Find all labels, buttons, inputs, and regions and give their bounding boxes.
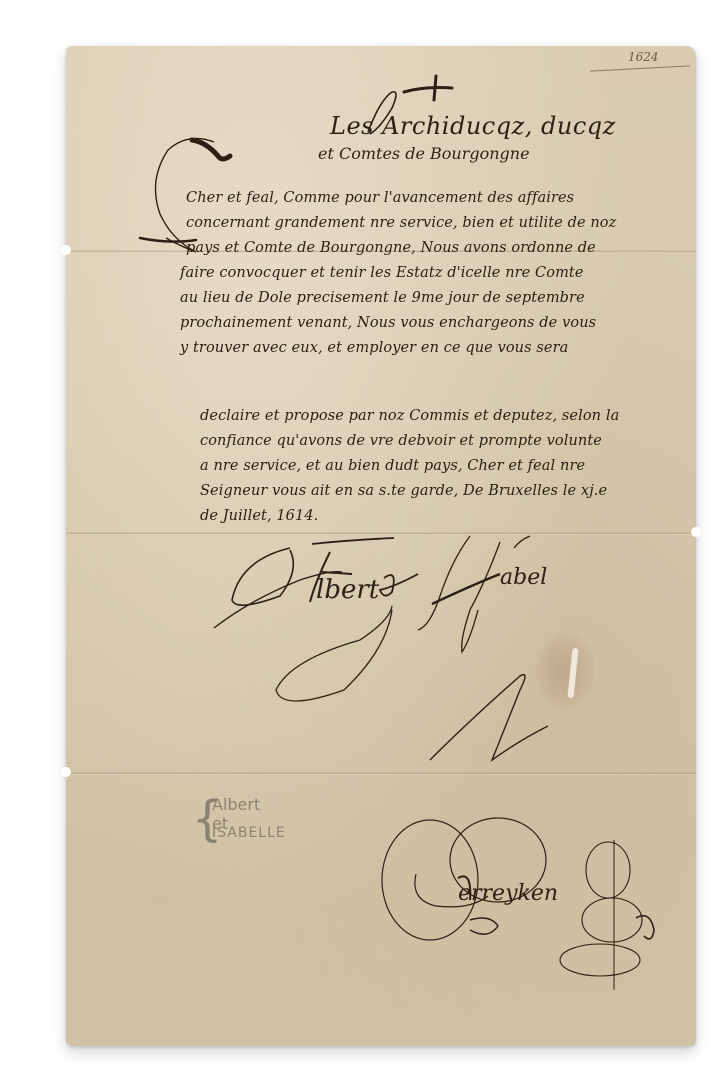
body-line: Seigneur vous ait en sa s.te garde, De B… xyxy=(200,483,607,499)
body-line: faire convocquer et tenir les Estatz d'i… xyxy=(180,265,584,281)
heading-line-1: Les Archiducqz, ducqz xyxy=(330,112,616,140)
fold-line xyxy=(66,532,696,535)
body-line: concernant grandement nre service, bien … xyxy=(186,215,616,231)
body-line: a nre service, et au bien dudt pays, Che… xyxy=(200,458,585,474)
archive-number: 1624 xyxy=(628,50,659,64)
body-line: y trouver avec eux, et employer en ce qu… xyxy=(180,340,568,356)
fold-line xyxy=(66,772,696,775)
edge-notch xyxy=(691,527,701,537)
edge-notch xyxy=(61,767,71,777)
body-line: confiance qu'avons de vre debvoir et pro… xyxy=(200,433,602,449)
body-line: de Juillet, 1614. xyxy=(200,508,318,524)
pencil-note-line-2: ISABELLE xyxy=(212,825,286,841)
body-line: declaire et propose par noz Commis et de… xyxy=(200,408,619,424)
body-line: prochainement venant, Nous vous encharge… xyxy=(180,315,596,331)
edge-notch xyxy=(61,245,71,255)
body-line: pays et Comte de Bourgongne, Nous avons … xyxy=(186,240,596,256)
body-line: Cher et feal, Comme pour l'avancement de… xyxy=(186,190,574,206)
seal-stain xyxy=(535,632,595,710)
body-line: au lieu de Dole precisement le 9me jour … xyxy=(180,290,585,306)
heading-line-2: et Comtes de Bourgongne xyxy=(318,144,530,163)
